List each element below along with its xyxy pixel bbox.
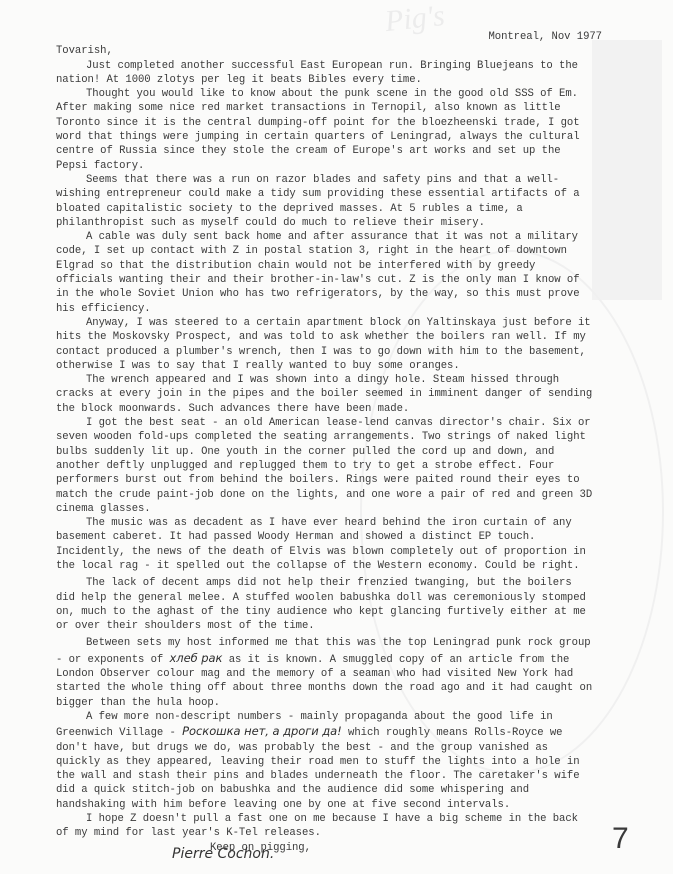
paragraph: I got the best seat - an old American le… (56, 416, 596, 516)
paragraph: The music was as decadent as I have ever… (56, 516, 596, 573)
signature: Pierre Cochon. (172, 846, 274, 862)
bleed-through-shape (592, 40, 662, 300)
paragraph: Thought you would like to know about the… (56, 87, 596, 173)
paragraph: The lack of decent amps did not help the… (56, 576, 596, 633)
paragraph-between-sets: Between sets my host informed me that th… (56, 636, 596, 709)
final-paragraph: I hope Z doesn't pull a fast one on me b… (56, 812, 596, 841)
paragraph: A cable was duly sent back home and afte… (56, 230, 596, 316)
typed-text: which roughly means Rolls-Royce we don't… (56, 727, 580, 810)
handwritten-insert: хлеб рак (170, 651, 223, 665)
letter-body: Montreal, Nov 1977 Tovarish, Just comple… (56, 30, 596, 866)
dateline: Montreal, Nov 1977 (56, 30, 602, 44)
paragraph: The wrench appeared and I was shown into… (56, 373, 596, 416)
paragraph: Seems that there was a run on razor blad… (56, 173, 596, 230)
paragraph-numbers: A few more non-descript numbers - mainly… (56, 710, 596, 812)
paragraph: Just completed another successful East E… (56, 59, 596, 88)
salutation: Tovarish, (56, 44, 596, 58)
paragraph: Anyway, I was steered to a certain apart… (56, 316, 596, 373)
page-number: 7 (612, 822, 629, 856)
handwritten-insert: Роскошка нет, а дроги да! (182, 724, 342, 738)
